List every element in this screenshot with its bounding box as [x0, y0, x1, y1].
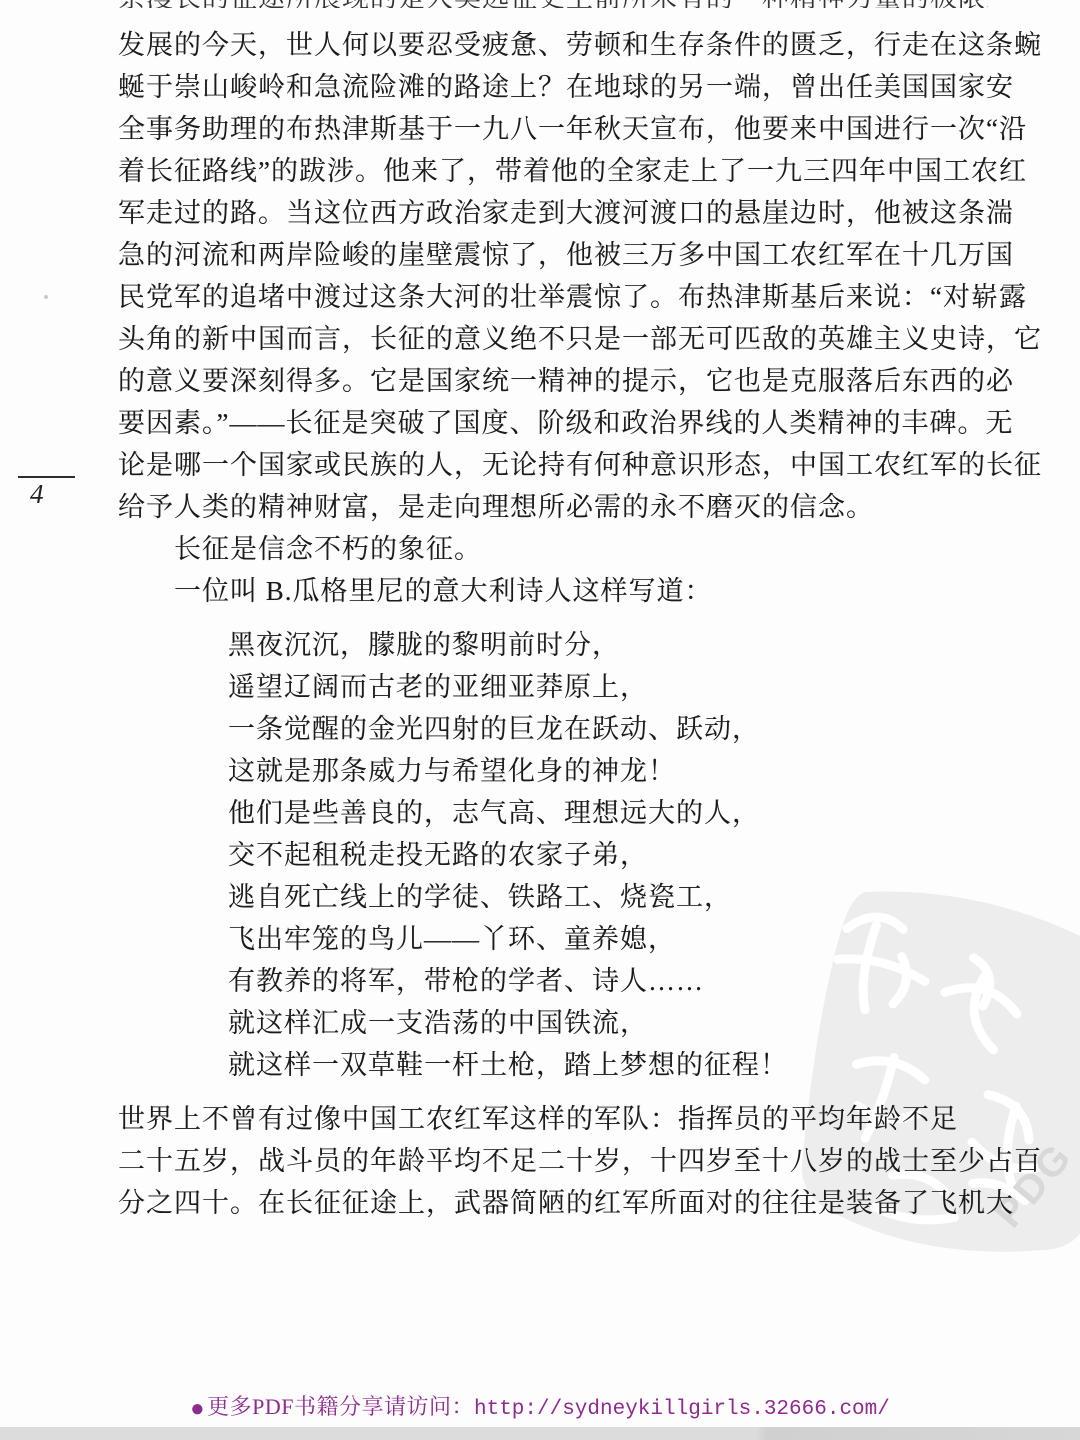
paragraph-gap	[118, 612, 990, 624]
top-clipped-text-line: 条漫长的征途所展现的是人类远征史上前所未有的一种精神力量的极限挑	[118, 0, 988, 8]
text-line: 就这样一双草鞋一杆土枪，踏上梦想的征程！	[228, 1044, 990, 1086]
text-line: 给予人类的精神财富，是走向理想所必需的永不磨灭的信念。	[118, 486, 990, 528]
text-line: 军走过的路。当这位西方政治家走到大渡河渡口的悬崖边时，他被这条湍	[118, 192, 990, 234]
scan-edge-bar	[0, 1427, 1080, 1440]
text-line: 遥望辽阔而古老的亚细亚莽原上，	[228, 666, 990, 708]
text-line: 民党军的追堵中渡过这条大河的壮举震惊了。布热津斯基后来说：“对崭露	[118, 276, 990, 318]
footer-url: http://sydneykillgirls.32666.com/	[474, 1398, 890, 1421]
paragraph-gap	[118, 1086, 990, 1098]
text-line: 要因素。”——长征是突破了国度、阶级和政治界线的人类精神的丰碑。无	[118, 402, 990, 444]
text-line: 他们是些善良的，志气高、理想远大的人，	[228, 792, 990, 834]
text-line: 蜒于崇山峻岭和急流险滩的路途上？在地球的另一端，曾出任美国国家安	[118, 66, 990, 108]
paragraph-4: 世界上不曾有过像中国工农红军这样的军队：指挥员的平均年龄不足二十五岁，战斗员的年…	[118, 1098, 990, 1224]
text-line: 逃自死亡线上的学徒、铁路工、烧瓷工，	[228, 876, 990, 918]
text-line: 交不起租税走投无路的农家子弟，	[228, 834, 990, 876]
text-line: 着长征路线”的跋涉。他来了，带着他的全家走上了一九三四年中国工农红	[118, 150, 990, 192]
text-line: 一位叫 B.瓜格里尼的意大利诗人这样写道：	[174, 570, 990, 612]
pdf-share-footer: ●更多PDF书籍分享请访问：http://sydneykillgirls.326…	[0, 1390, 1080, 1423]
page-number-rule	[18, 476, 75, 478]
text-line: 飞出牢笼的鸟儿——丫环、童养媳，	[228, 918, 990, 960]
footer-text: 更多PDF书籍分享请访问：	[207, 1394, 474, 1419]
poem-block: 黑夜沉沉，朦胧的黎明前时分，遥望辽阔而古老的亚细亚莽原上，一条觉醒的金光四射的巨…	[118, 624, 990, 1086]
body-text-column: 发展的今天，世人何以要忍受疲惫、劳顿和生存条件的匮乏，行走在这条蜿蜒于崇山峻岭和…	[118, 24, 990, 1224]
text-line: 急的河流和两岸险峻的崖壁震惊了，他被三万多中国工农红军在十几万国	[118, 234, 990, 276]
bullet-icon: ●	[190, 1396, 205, 1422]
paragraph-2-3: 长征是信念不朽的象征。一位叫 B.瓜格里尼的意大利诗人这样写道：	[118, 528, 990, 612]
text-line: 发展的今天，世人何以要忍受疲惫、劳顿和生存条件的匮乏，行走在这条蜿	[118, 24, 990, 66]
scanned-book-page: 条漫长的征途所展现的是人类远征史上前所未有的一种精神力量的极限挑 4 PDG 发…	[0, 0, 1080, 1440]
text-line: 一条觉醒的金光四射的巨龙在跃动、跃动，	[228, 708, 990, 750]
paragraph-1: 发展的今天，世人何以要忍受疲惫、劳顿和生存条件的匮乏，行走在这条蜿蜒于崇山峻岭和…	[118, 24, 990, 528]
text-line: 头角的新中国而言，长征的意义绝不只是一部无可匹敌的英雄主义史诗，它	[118, 318, 990, 360]
text-line: 的意义要深刻得多。它是国家统一精神的提示，它也是克服落后东西的必	[118, 360, 990, 402]
text-line: 有教养的将军，带枪的学者、诗人……	[228, 960, 990, 1002]
text-line: 二十五岁，战斗员的年龄平均不足二十岁，十四岁至十八岁的战士至少占百	[118, 1140, 990, 1182]
page-number: 4	[30, 479, 44, 510]
text-line: 这就是那条威力与希望化身的神龙！	[228, 750, 990, 792]
text-line: 黑夜沉沉，朦胧的黎明前时分，	[228, 624, 990, 666]
top-clipped-text: 条漫长的征途所展现的是人类远征史上前所未有的一种精神力量的极限挑	[118, 0, 988, 8]
text-line: 世界上不曾有过像中国工农红军这样的军队：指挥员的平均年龄不足	[118, 1098, 990, 1140]
text-line: 分之四十。在长征征途上，武器简陋的红军所面对的往往是装备了飞机大	[118, 1182, 990, 1224]
text-line: 就这样汇成一支浩荡的中国铁流，	[228, 1002, 990, 1044]
text-line: 论是哪一个国家或民族的人，无论持有何种意识形态，中国工农红军的长征	[118, 444, 990, 486]
text-line: 长征是信念不朽的象征。	[174, 528, 990, 570]
text-line: 全事务助理的布热津斯基于一九八一年秋天宣布，他要来中国进行一次“沿	[118, 108, 990, 150]
scan-speck	[44, 295, 48, 299]
